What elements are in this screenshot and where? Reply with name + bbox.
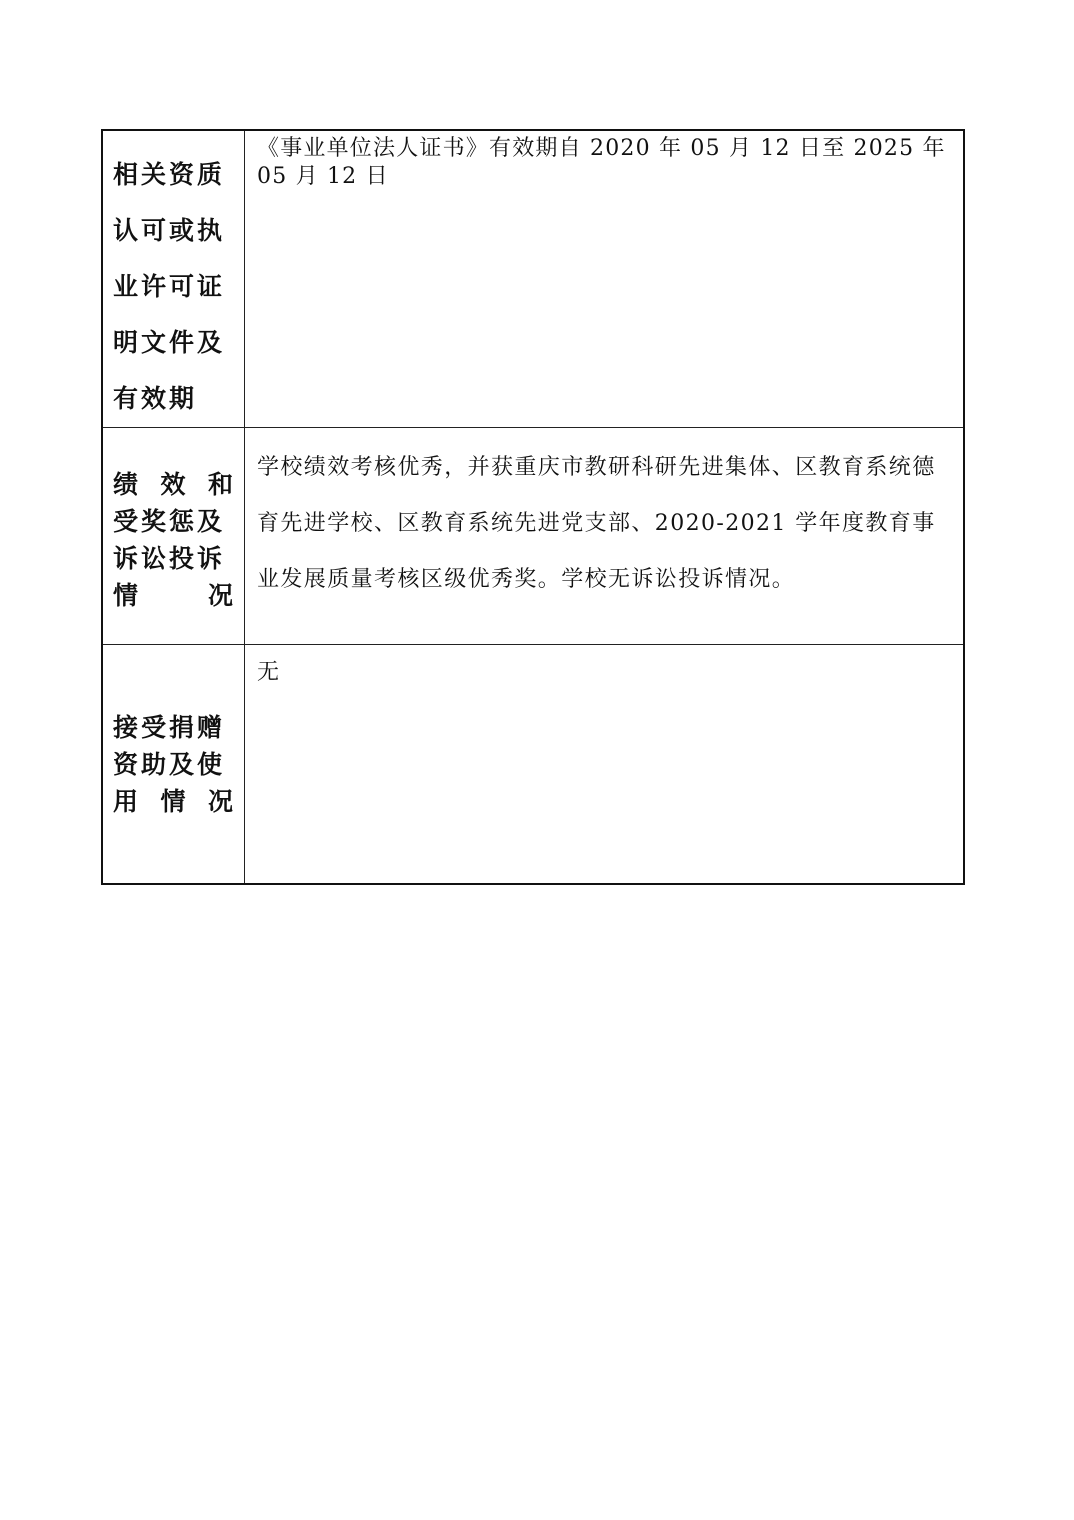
label-line: 情 况 — [113, 577, 233, 614]
label-line: 资助及使 — [113, 746, 236, 783]
label-cell-donations: 接受捐赠 资助及使 用 情 况 — [102, 645, 245, 885]
label-char: 效 — [160, 466, 185, 503]
label-line: 用 情 况 — [113, 783, 233, 820]
content-cell-performance: 学校绩效考核优秀，并获重庆市教研科研先进集体、区教育系统德育先进学校、区教育系统… — [245, 428, 965, 645]
label-line: 受奖惩及 — [113, 503, 236, 540]
label-line: 明文件及 — [113, 315, 236, 371]
label-cell-performance: 绩 效 和 受奖惩及 诉讼投诉 情 况 — [102, 428, 245, 645]
label-cell-qualifications: 相关资质 认可或执 业许可证 明文件及 有效期 — [102, 130, 245, 428]
label-char: 况 — [208, 783, 233, 820]
table-row-qualifications: 相关资质 认可或执 业许可证 明文件及 有效期 《事业单位法人证书》有效期自 2… — [102, 130, 964, 428]
content-cell-qualifications: 《事业单位法人证书》有效期自 2020 年 05 月 12 日至 2025 年 … — [245, 130, 965, 428]
label-line: 有效期 — [113, 371, 236, 427]
label-line: 相关资质 — [113, 147, 236, 203]
label-line: 接受捐赠 — [113, 709, 236, 746]
label-line: 业许可证 — [113, 259, 236, 315]
qualifications-text: 《事业单位法人证书》有效期自 2020 年 05 月 12 日至 2025 年 … — [257, 131, 955, 191]
content-cell-donations: 无 — [245, 645, 965, 885]
label-line: 诉讼投诉 — [113, 540, 236, 577]
performance-text: 学校绩效考核优秀，并获重庆市教研科研先进集体、区教育系统德育先进学校、区教育系统… — [257, 428, 955, 608]
table-row-performance: 绩 效 和 受奖惩及 诉讼投诉 情 况 学校绩效考核优秀，并获重庆市教研科研先进… — [102, 428, 964, 645]
info-table: 相关资质 认可或执 业许可证 明文件及 有效期 《事业单位法人证书》有效期自 2… — [101, 129, 965, 885]
label-char: 况 — [208, 577, 233, 614]
label-char: 和 — [208, 466, 233, 503]
label-line: 认可或执 — [113, 203, 236, 259]
donations-text: 无 — [257, 645, 955, 687]
label-char: 绩 — [113, 466, 138, 503]
label-line: 绩 效 和 — [113, 466, 233, 503]
table-row-donations: 接受捐赠 资助及使 用 情 况 无 — [102, 645, 964, 885]
label-char: 情 — [113, 577, 138, 614]
label-char: 情 — [160, 783, 185, 820]
label-char: 用 — [113, 783, 138, 820]
